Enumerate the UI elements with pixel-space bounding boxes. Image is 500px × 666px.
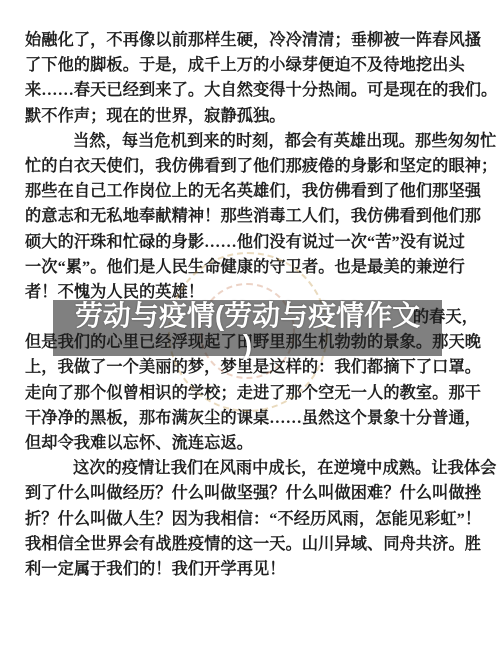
page-title-continuation: ) [53, 331, 442, 359]
text-line: 走向了那个似曾相识的学校；走进了那个空无一人的教室。那干 [25, 381, 478, 406]
page-title: 劳动与疫情(劳动与疫情作文 [53, 300, 442, 331]
essay-page: 始融化了，不再像以前那样生硬，冷冷清清；垂柳被一阵春风搔 了下他的脚板。于是，成… [0, 0, 500, 666]
text-line: 当然，每当危机到来的时刻，都会有英雄出现。那些匆匆忙 [25, 129, 478, 154]
text-line: 折？什么叫做人生？因为我相信：“不经历风雨，怎能见彩虹”！ [25, 507, 478, 532]
text-line: 来……春天已经到来了。大自然变得十分热闹。可是现在的我们。 [25, 78, 478, 103]
text-line: 但却令我难以忘怀、流连忘返。 [25, 431, 478, 456]
text-line: 硕大的汗珠和忙碌的身影……他们没有说过一次“苦”没有说过 [25, 230, 478, 255]
text-line: 了下他的脚板。于是，成千上万的小绿芽便迫不及待地挖出头 [25, 53, 478, 78]
text-line: 干净净的黑板，那布满灰尘的课桌……虽然这个景象十分普通， [25, 406, 478, 431]
text-line: 那些在自己工作岗位上的无名英雄们，我仿佛看到了他们那坚强 [25, 179, 478, 204]
text-line: 始融化了，不再像以前那样生硬，冷冷清清；垂柳被一阵春风搔 [25, 28, 478, 53]
title-banner: 劳动与疫情(劳动与疫情作文 ) [53, 300, 442, 356]
text-line: 一次“累”。他们是人民生命健康的守卫者。也是最美的兼逆行 [25, 255, 478, 280]
text-line: 我相信全世界会有战胜疫情的这一天。山川异域、同舟共济。胜 [25, 532, 478, 557]
text-line: 默不作声；现在的世界，寂静孤独。 [25, 104, 478, 129]
text-line: 到了什么叫做经历？什么叫做坚强？什么叫做困难？什么叫做挫 [25, 481, 478, 506]
text-line: 这次的疫情让我们在风雨中成长，在逆境中成熟。让我体会 [25, 456, 478, 481]
text-line: 利一定属于我们的！我们开学再见！ [25, 557, 478, 582]
text-line: 忙的白衣天使们，我仿佛看到了他们那疲倦的身影和坚定的眼神； [25, 154, 478, 179]
text-line: 的意志和无私地奉献精神！那些消毒工人们，我仿佛看到他们那 [25, 204, 478, 229]
